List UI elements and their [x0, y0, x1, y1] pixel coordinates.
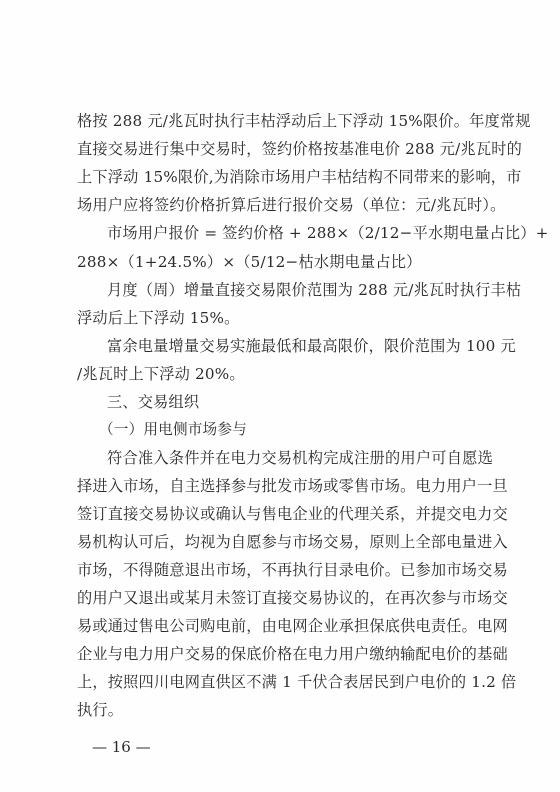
paragraph-line: 签订直接交易协议或确认与售电企业的代理关系，并提交电力交 — [77, 504, 493, 524]
paragraph-line: 场用户应将签约价格折算后进行报价交易（单位：元/兆瓦时）。 — [77, 195, 493, 215]
paragraph-line: 易或通过售电公司购电前，由电网企业承担保底供电责任。电网 — [77, 616, 493, 636]
paragraph-line: 择进入市场，自主选择参与批发市场或零售市场。电力用户一旦 — [77, 476, 493, 496]
paragraph-line: 符合准入条件并在电力交易机构完成注册的用户可自愿选 — [107, 448, 493, 468]
paragraph-line: 执行。 — [77, 700, 493, 720]
paragraph-line: 浮动后上下浮动 15%。 — [77, 308, 493, 328]
formula-line: 市场用户报价 = 签约价格 + 288×（2/12−平水期电量占比）+ — [107, 223, 493, 243]
paragraph-line: 上下浮动 15%限价,为消除市场用户丰枯结构不同带来的影响，市 — [77, 167, 493, 187]
formula-line: 288×（1+24.5%）×（5/12−枯水期电量占比） — [77, 252, 493, 272]
paragraph-line: 企业与电力用户交易的保底价格在电力用户缴纳输配电价的基础 — [77, 644, 493, 664]
paragraph-line: 富余电量增量交易实施最低和最高限价，限价范围为 100 元 — [107, 336, 493, 356]
document-page: 格按 288 元/兆瓦时执行丰枯浮动后上下浮动 15%限价。年度常规 直接交易进… — [0, 0, 560, 792]
paragraph-line: /兆瓦时上下浮动 20%。 — [77, 364, 493, 384]
paragraph-line: 易机构认可后，均视为自愿参与市场交易，原则上全部电量进入 — [77, 532, 493, 552]
paragraph-line: 月度（周）增量直接交易限价范围为 288 元/兆瓦时执行丰枯 — [107, 280, 493, 300]
paragraph-line: 市场，不得随意退出市场，不再执行目录电价。已参加市场交易 — [77, 560, 493, 580]
subsection-heading: （一）用电侧市场参与 — [99, 420, 485, 440]
section-heading: 三、交易组织 — [107, 392, 493, 412]
paragraph-line: 的用户又退出或某月未签订直接交易协议的，在再次参与市场交 — [77, 588, 493, 608]
paragraph-line: 格按 288 元/兆瓦时执行丰枯浮动后上下浮动 15%限价。年度常规 — [77, 111, 493, 131]
paragraph-line: 直接交易进行集中交易时，签约价格按基准电价 288 元/兆瓦时的 — [77, 139, 493, 159]
paragraph-line: 上，按照四川电网直供区不满 1 千伏合表居民到户电价的 1.2 倍 — [77, 672, 493, 692]
page-number: — 16 — — [92, 737, 151, 757]
